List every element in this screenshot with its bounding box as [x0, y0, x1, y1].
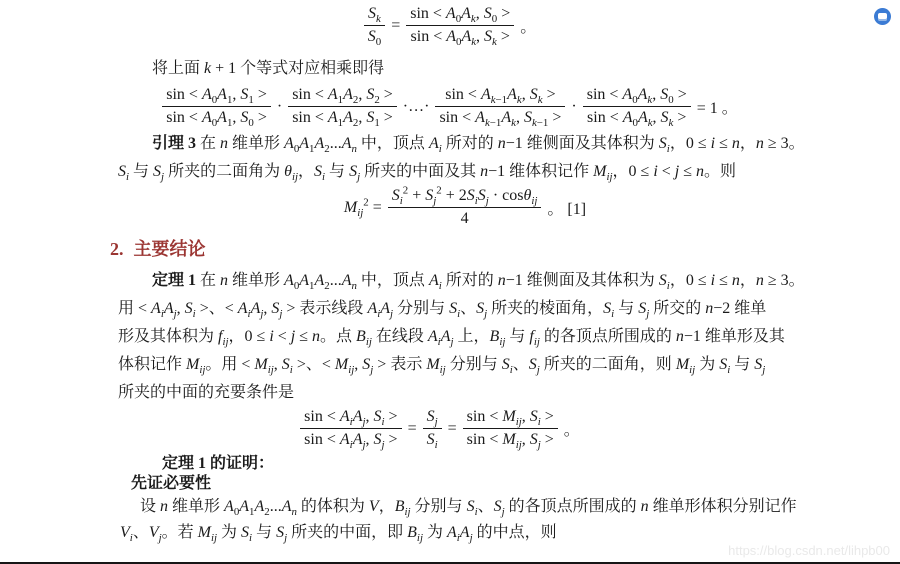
lemma3-line2: Si 与 Sj 所夹的二面角为 θij，Si 与 Sj 所夹的中面及其 n−1 … [0, 158, 900, 186]
fraction-denominator: 4 [388, 207, 542, 229]
section-title: 主要结论 [134, 239, 206, 259]
proof-subtitle: 先证必要性 [0, 474, 900, 494]
fraction-2: sin < A1A2, S2 > sin < A1A2, S1 > [288, 85, 397, 128]
theorem1-line1: 定理 1 在 n 维单形 A0A1A2...An 中，顶点 Ai 所对的 n−1… [0, 267, 900, 295]
fraction-right: sin < Mij, Si > sin < Mij, Sj > [463, 407, 558, 450]
lemma3-line1: 引理 3 在 n 维单形 A0A1A2...An 中，顶点 Ai 所对的 n−1… [0, 130, 900, 158]
section-number: 2. [110, 239, 124, 259]
camera-glyph-icon [878, 13, 887, 21]
paragraph-multiply: 将上面 k + 1 个等式对应相乘即得 [0, 57, 900, 81]
theorem1-text: 在 n 维单形 A0A1A2...An 中，顶点 Ai 所对的 n−1 维侧面及… [196, 272, 805, 289]
fraction-denominator: sin < A0Ak, Sk > [406, 25, 514, 47]
proof-line1: 设 n 维单形 A0A1A2...An 的体积为 V，Bij 分别与 Si、Sj… [0, 494, 900, 520]
fraction-denominator: sin < A1A2, S1 > [288, 106, 397, 128]
fraction-4: sin < A0Ak, S0 > sin < A0Ak, Sk > [583, 85, 691, 128]
fraction-denominator: sin < AiAj, Sj > [300, 428, 401, 450]
fraction-lhs: Sk S0 [364, 4, 385, 47]
fraction-1: sin < A0A1, S1 > sin < A0A1, S0 > [162, 85, 271, 128]
theorem1-line2: 用 < AiAj, Si >、< AiAj, Sj > 表示线段 AiAj 分别… [0, 295, 900, 323]
lemma3-text: 在 n 维单形 A0A1A2...An 中，顶点 Ai 所对的 n−1 维侧面及… [196, 135, 805, 152]
fraction-numerator: sin < AiAj, Si > [300, 407, 401, 428]
lemma3-paragraph: 引理 3 在 n 维单形 A0A1A2...An 中，顶点 Ai 所对的 n−1… [0, 130, 900, 186]
watermark-url: https://blog.csdn.net/lihpb00 [728, 543, 890, 558]
document-page: { "colors": { "heading": "#9b3532", "bad… [0, 0, 900, 564]
fraction-numerator: sin < A0Ak, S0 > [406, 4, 514, 25]
equation-lhs: Mij2 = [344, 199, 382, 217]
fraction-3: sin < Ak−1Ak, Sk > sin < Ak−1Ak, Sk−1 > [435, 85, 565, 128]
section-heading: 2.主要结论 [0, 237, 900, 261]
fraction: Si2 + Sj2 + 2SiSj · cosθij 4 [388, 186, 542, 229]
multiplication-dot: · [277, 98, 282, 116]
fraction-numerator: Sk [364, 4, 385, 25]
equals-sign: = [391, 17, 400, 35]
citation-ref: 。 [1] [547, 196, 586, 219]
equation-terminator: 。 [564, 417, 580, 440]
fraction-left: sin < AiAj, Si > sin < AiAj, Sj > [300, 407, 401, 450]
csdn-screenshot-badge-icon[interactable] [874, 8, 891, 25]
fraction-denominator: sin < Ak−1Ak, Sk−1 > [435, 106, 565, 128]
fraction-numerator: sin < A0Ak, S0 > [583, 85, 691, 106]
equation-median-volume: Mij2 = Si2 + Sj2 + 2SiSj · cosθij 4 。 [1… [0, 186, 900, 229]
fraction-numerator: Si2 + Sj2 + 2SiSj · cosθij [388, 186, 542, 207]
fraction-numerator: sin < Ak−1Ak, Sk > [435, 85, 565, 106]
fraction-numerator: sin < A1A2, S2 > [288, 85, 397, 106]
equation-result: = 1 。 [697, 95, 738, 118]
fraction-denominator: Si [423, 428, 442, 450]
fraction-denominator: sin < A0Ak, Sk > [583, 106, 691, 128]
fraction-rhs: sin < A0Ak, S0 > sin < A0Ak, Sk > [406, 4, 514, 47]
fraction-denominator: S0 [364, 25, 385, 47]
theorem1-line5: 所夹的中面的充要条件是 [0, 379, 900, 407]
equation-product: sin < A0A1, S1 > sin < A0A1, S0 > · sin … [0, 85, 900, 128]
fraction-numerator: Sj [423, 407, 442, 428]
equation-theorem-condition: sin < AiAj, Si > sin < AiAj, Sj > = Sj S… [0, 407, 900, 450]
fraction-numerator: sin < Mij, Si > [463, 407, 558, 428]
fraction-middle: Sj Si [423, 407, 442, 450]
lemma3-label: 引理 3 [152, 135, 196, 152]
theorem1-paragraph: 定理 1 在 n 维单形 A0A1A2...An 中，顶点 Ai 所对的 n−1… [0, 267, 900, 407]
proof-title: 定理 1 的证明： [0, 454, 900, 474]
multiplication-dot: · [571, 98, 576, 116]
fraction-numerator: sin < A0A1, S1 > [162, 85, 271, 106]
fraction-denominator: sin < Mij, Sj > [463, 428, 558, 450]
cdots: ·…· [403, 98, 430, 116]
theorem1-line3: 形及其体积为 fij，0 ≤ i < j ≤ n。点 Bij 在线段 AiAj … [0, 323, 900, 351]
equals-sign: = [448, 420, 457, 438]
theorem1-line4: 体积记作 Mij。用 < Mij, Si >、< Mij, Sj > 表示 Mi… [0, 351, 900, 379]
equals-sign: = [408, 420, 417, 438]
equation-terminator: 。 [520, 14, 536, 37]
fraction-denominator: sin < A0A1, S0 > [162, 106, 271, 128]
equation-sk-ratio: Sk S0 = sin < A0Ak, S0 > sin < A0Ak, Sk … [0, 4, 900, 47]
theorem1-label: 定理 1 [152, 272, 196, 289]
